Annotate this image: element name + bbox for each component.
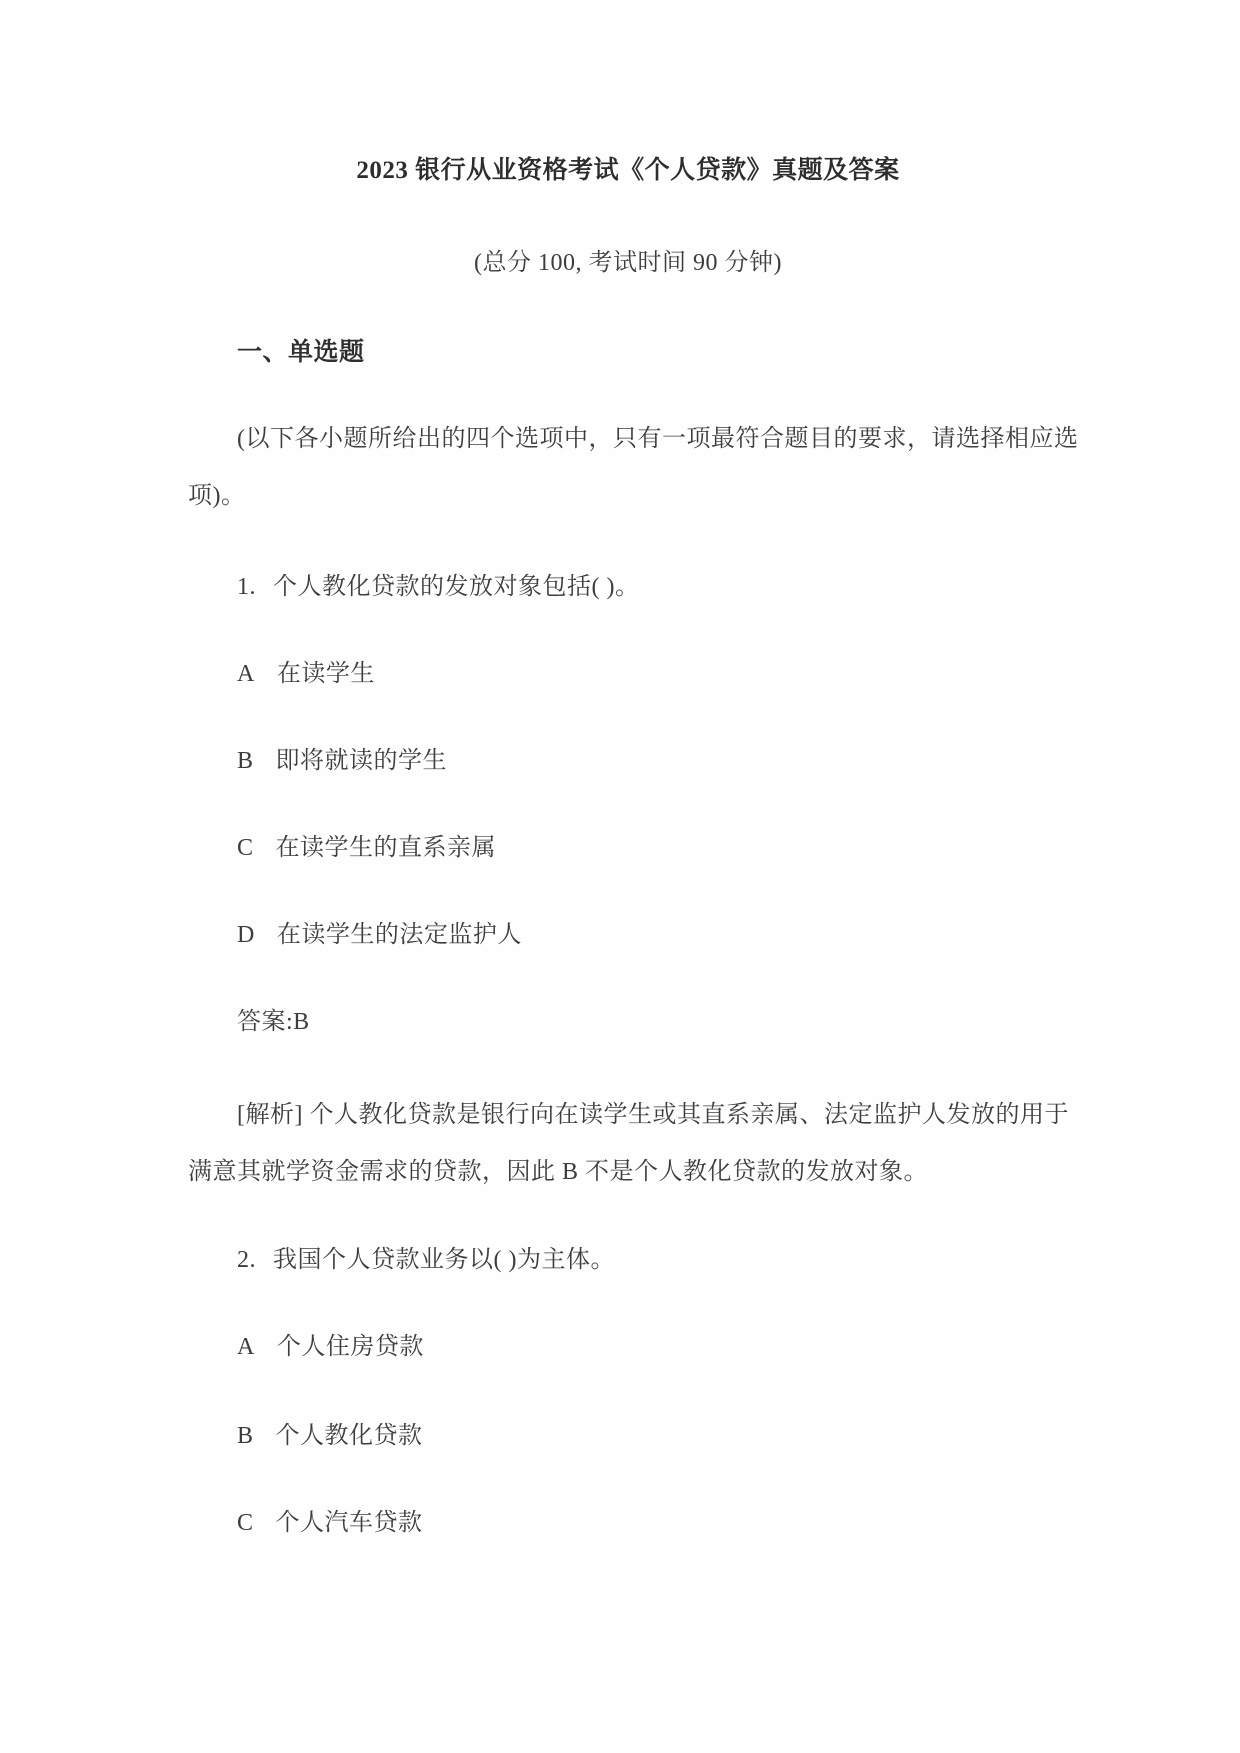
question-2-option-b: B个人教化贷款 [188, 1408, 1068, 1465]
question-1-option-a: A在读学生 [188, 646, 1068, 703]
option-c-label: C [237, 1510, 254, 1536]
option-c-text: 在读学生的直系亲属 [276, 835, 497, 861]
option-c-text: 个人汽车贷款 [276, 1510, 423, 1536]
question-1-number: 1. [237, 574, 256, 600]
option-a-label: A [237, 1334, 255, 1360]
section-heading: 一、单选题 [188, 324, 1068, 381]
section-instructions-line-2: 项)。 [188, 468, 1068, 525]
question-1-stem: 个人教化贷款的发放对象包括( )。 [273, 574, 639, 600]
question-2-option-a: A个人住房贷款 [188, 1319, 1068, 1376]
exam-meta-subtitle: (总分 100, 考试时间 90 分钟) [188, 235, 1068, 292]
question-2-option-c: C个人汽车贷款 [188, 1495, 1068, 1552]
option-d-label: D [237, 922, 255, 948]
section-instructions-line-1: (以下各小题所给出的四个选项中，只有一项最符合题目的要求，请选择相应选 [188, 411, 1068, 468]
question-2-number: 2. [237, 1247, 256, 1273]
option-d-text: 在读学生的法定监护人 [277, 922, 522, 948]
question-1-stem-row: 1.个人教化贷款的发放对象包括( )。 [188, 559, 1068, 616]
option-b-text: 个人教化贷款 [276, 1423, 423, 1449]
option-a-label: A [237, 661, 255, 687]
question-2-stem-row: 2.我国个人贷款业务以( )为主体。 [188, 1232, 1068, 1289]
question-1-option-d: D在读学生的法定监护人 [188, 907, 1068, 964]
question-2-stem: 我国个人贷款业务以( )为主体。 [273, 1247, 615, 1273]
page-title: 2023 银行从业资格考试《个人贷款》真题及答案 [188, 142, 1068, 199]
option-b-label: B [237, 1423, 254, 1449]
question-1-analysis-line-1: [解析] 个人教化贷款是银行向在读学生或其直系亲属、法定监护人发放的用于 [188, 1087, 1068, 1144]
question-1-option-c: C在读学生的直系亲属 [188, 820, 1068, 877]
question-1-answer: 答案:B [188, 994, 1068, 1051]
option-c-label: C [237, 835, 254, 861]
question-1-option-b: B即将就读的学生 [188, 733, 1068, 790]
document-content: 2023 银行从业资格考试《个人贷款》真题及答案 (总分 100, 考试时间 9… [0, 0, 1068, 1552]
option-a-text: 在读学生 [277, 661, 375, 687]
option-a-text: 个人住房贷款 [277, 1334, 424, 1360]
option-b-label: B [237, 748, 254, 774]
document-page: 2023 银行从业资格考试《个人贷款》真题及答案 (总分 100, 考试时间 9… [0, 0, 1240, 1753]
question-1-analysis-line-2: 满意其就学资金需求的贷款，因此 B 不是个人教化贷款的发放对象。 [188, 1144, 1068, 1201]
option-b-text: 即将就读的学生 [276, 748, 448, 774]
